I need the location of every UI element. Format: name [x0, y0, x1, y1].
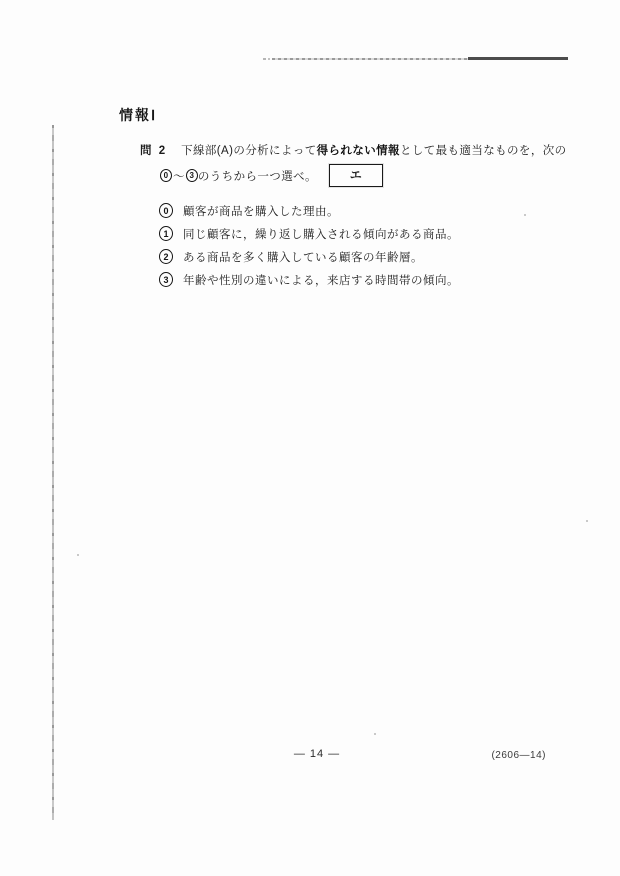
option-row-1: 1 同じ顧客に，繰り返し購入される傾向がある商品。 — [159, 226, 459, 241]
scan-artifact-horizontal-line-light — [272, 58, 468, 60]
question-text-emphasis: 得られない情報 — [317, 145, 400, 157]
question-number-label: 問 2 — [140, 145, 167, 157]
scan-artifact-dot — [586, 520, 588, 522]
scan-artifact-vertical-fold-line — [52, 125, 54, 820]
option-circled-number: 2 — [159, 249, 173, 264]
option-circled-number: 3 — [159, 272, 173, 287]
question-text-post: として最も適当なものを，次の — [400, 145, 567, 157]
question-line2-text: のうちから一つ選べ。 — [198, 168, 317, 184]
scan-artifact-dot — [374, 733, 376, 735]
option-circled-number: 1 — [159, 226, 173, 241]
option-text: 年齢や性別の違いによる，来店する時間帯の傾向。 — [183, 272, 459, 288]
scan-artifact-speck — [263, 58, 266, 60]
option-row-2: 2 ある商品を多く購入している顧客の年齢層。 — [159, 249, 459, 264]
option-row-3: 3 年齢や性別の違いによる，来店する時間帯の傾向。 — [159, 272, 459, 287]
footer-document-code: (2606—14) — [491, 750, 546, 761]
scan-artifact-dot — [77, 554, 79, 556]
question-line-1: 問 2下線部(A)の分析によって得られない情報として最も適当なものを，次の — [140, 142, 567, 158]
question-text-pre: 下線部(A)の分析によって — [181, 145, 317, 157]
subject-title: 情報Ⅰ — [119, 105, 157, 125]
option-row-0: 0 顧客が商品を購入した理由。 — [159, 203, 459, 218]
option-text: ある商品を多く購入している顧客の年齢層。 — [183, 249, 423, 265]
scanned-exam-page: 情報Ⅰ 問 2下線部(A)の分析によって得られない情報として最も適当なものを，次… — [0, 0, 620, 876]
option-circled-number: 0 — [159, 203, 173, 218]
answer-slot-box: エ — [329, 164, 383, 187]
options-list: 0 顧客が商品を購入した理由。 1 同じ顧客に，繰り返し購入される傾向がある商品… — [159, 203, 459, 295]
question-line-2: 0 ～ 3 のうちから一つ選べ。 エ — [160, 164, 383, 187]
circled-number-range-end: 3 — [186, 169, 198, 182]
circled-number-range-start: 0 — [160, 169, 172, 182]
option-text: 同じ顧客に，繰り返し購入される傾向がある商品。 — [183, 226, 459, 242]
scan-artifact-horizontal-line-dark — [468, 57, 568, 60]
scan-artifact-speck — [268, 58, 270, 60]
option-text: 顧客が商品を購入した理由。 — [183, 203, 339, 219]
range-tilde: ～ — [173, 168, 185, 184]
scan-artifact-dot — [524, 214, 526, 216]
